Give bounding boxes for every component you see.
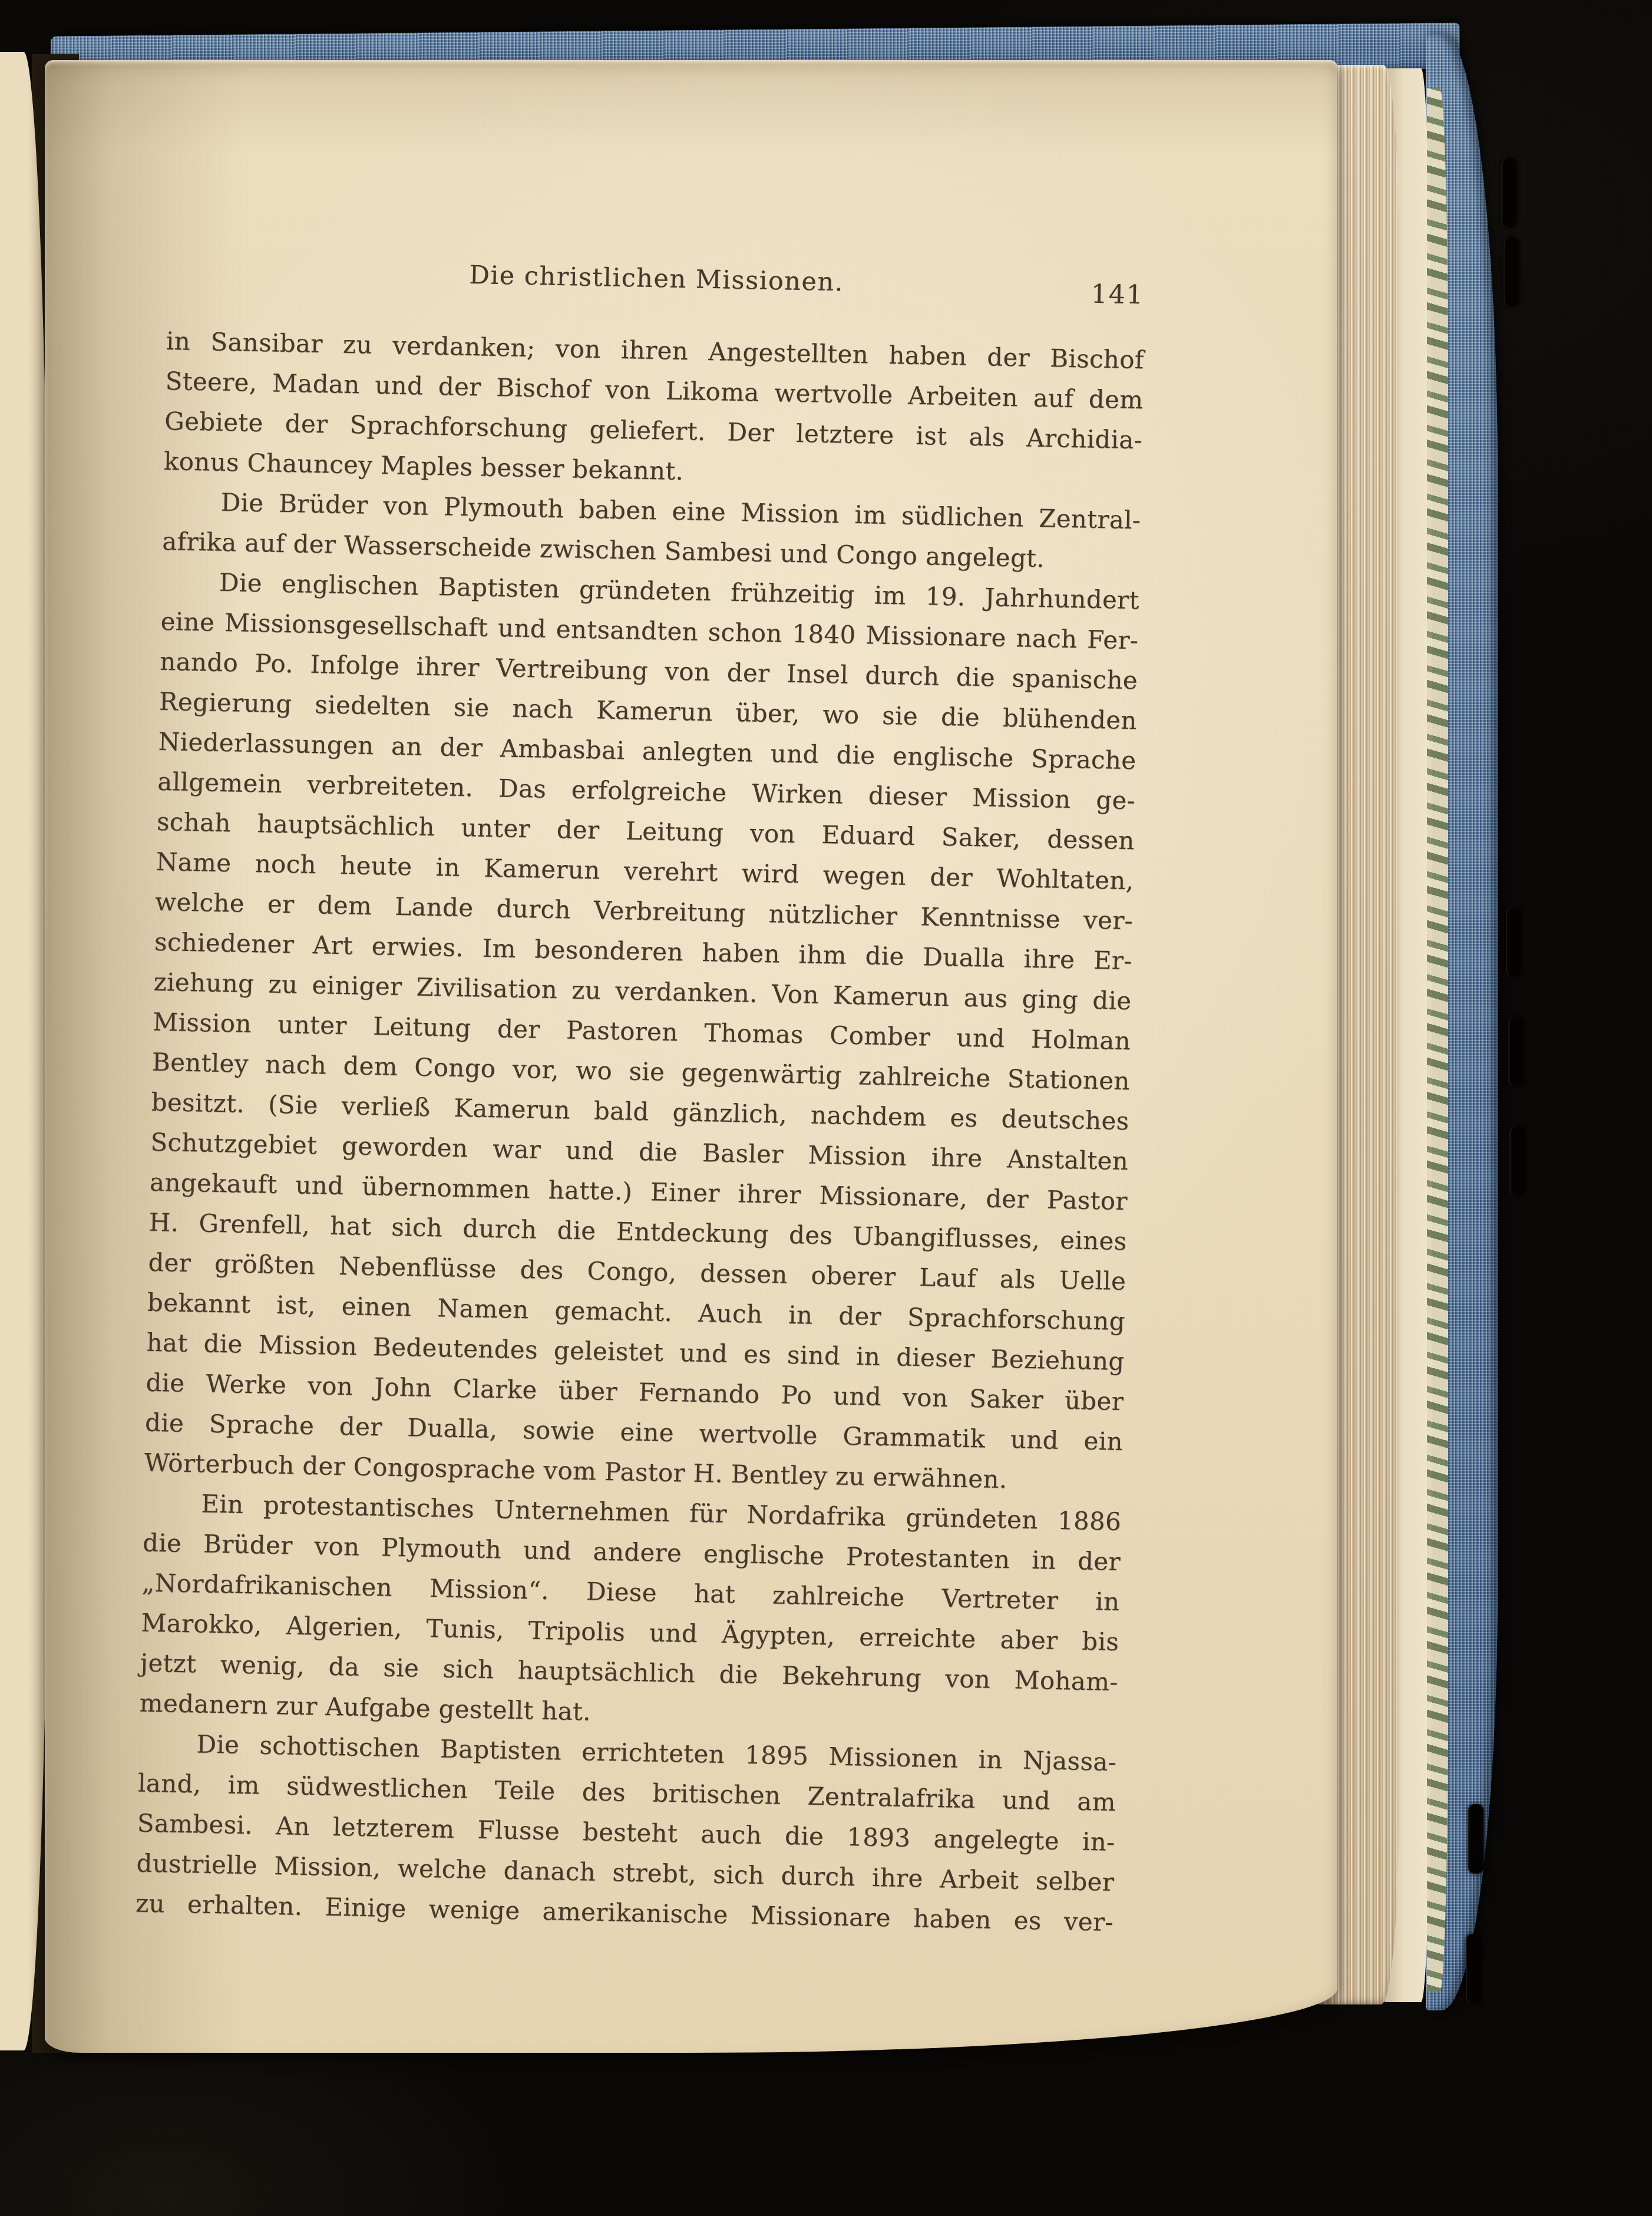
body-text: in Sansibar zu verdanken; von ihren Ange… — [135, 321, 1144, 1943]
binding-stitch — [1468, 1804, 1484, 1874]
running-header: Die christlichen Missionen. — [167, 250, 1146, 307]
facing-page-edge — [0, 52, 51, 2050]
binding-stitch — [1508, 1017, 1524, 1086]
binding-stitch — [1509, 1127, 1525, 1196]
photo-backdrop: Die christlichen Missionen. 141 in Sansi… — [0, 0, 1652, 2216]
page-text-block: Die christlichen Missionen. 141 in Sansi… — [135, 250, 1145, 1943]
binding-stitch — [1466, 1934, 1481, 2003]
page-header: Die christlichen Missionen. 141 — [167, 250, 1146, 311]
book-page: Die christlichen Missionen. 141 in Sansi… — [45, 60, 1337, 2053]
binding-stitch — [1506, 907, 1521, 977]
patterned-endpaper-edge — [1427, 88, 1448, 1992]
binding-stitch — [1501, 158, 1516, 227]
binding-stitch — [1504, 237, 1519, 306]
page-number: 141 — [1091, 276, 1144, 315]
